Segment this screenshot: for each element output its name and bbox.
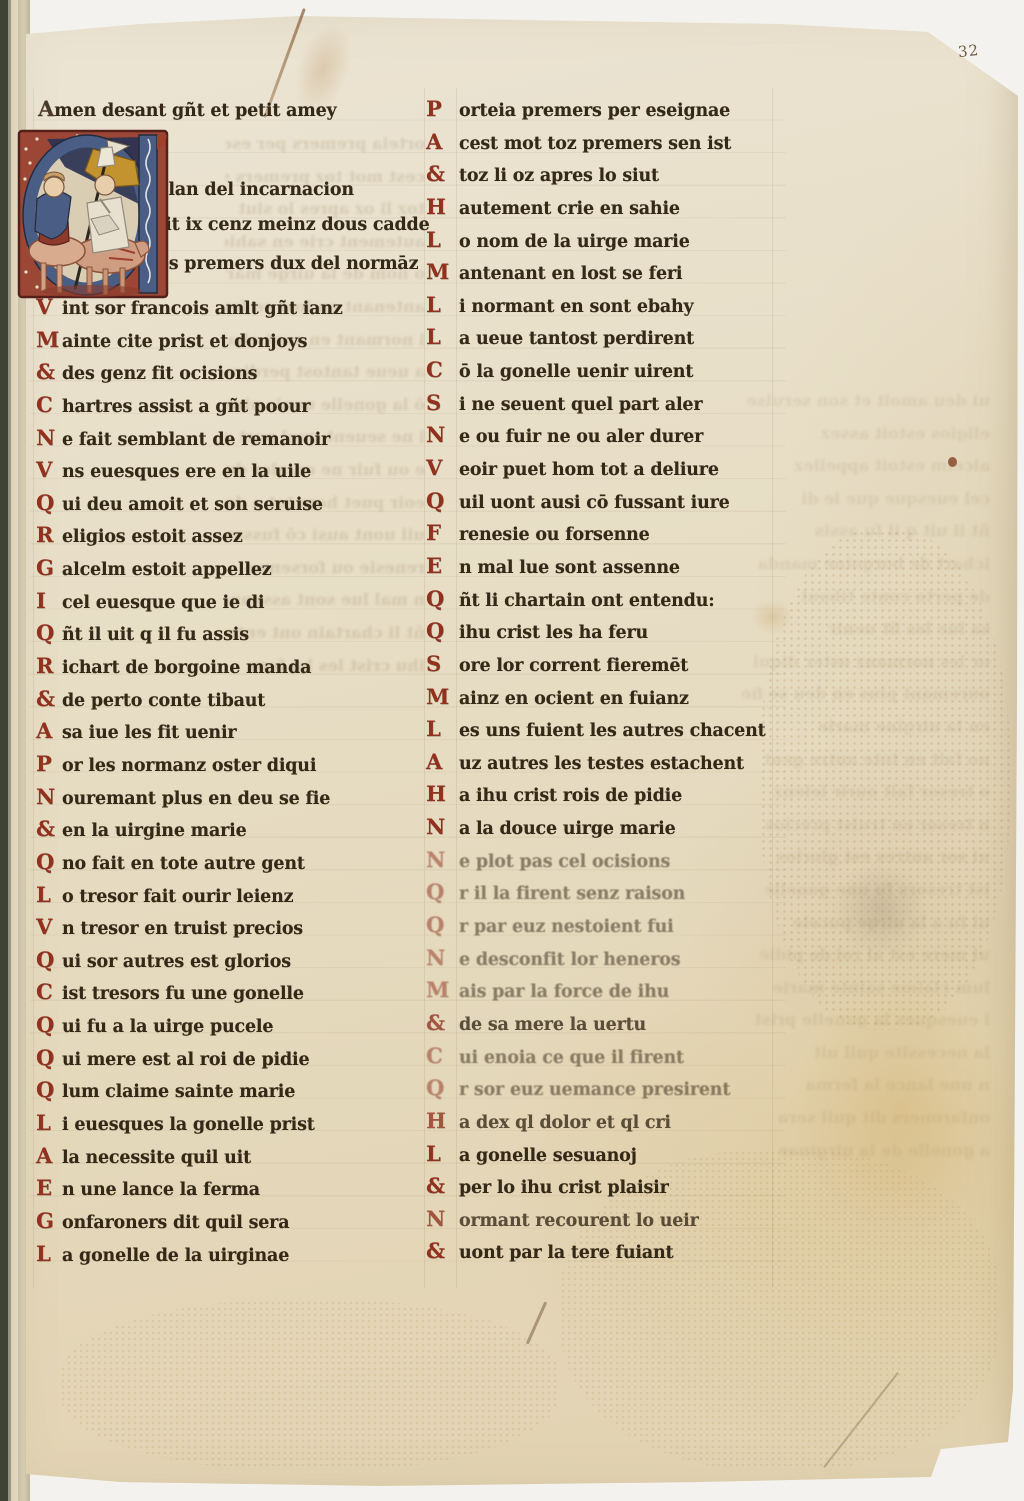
verse-line: A men desant gñt et petit amey xyxy=(38,96,337,129)
verse-line: & toz li oz apres lo siut xyxy=(426,161,986,194)
line-text: ō la gonelle uenir uirent xyxy=(459,362,693,382)
line-initial: Q xyxy=(36,1045,62,1070)
verse-line: Q ui fu a la uirge pucele xyxy=(36,1012,428,1045)
line-initial: Q xyxy=(426,618,459,643)
line-initial: S xyxy=(426,390,459,415)
verse-line: A uz autres les testes estachent xyxy=(426,749,986,782)
verse-line: Q ui sor autres est glorios xyxy=(36,947,428,980)
line-initial: & xyxy=(36,686,62,711)
verse-line: A sa iue les fit uenir xyxy=(36,718,428,751)
verse-line: & uont par la tere fuiant xyxy=(426,1238,986,1271)
line-text: sa iue les fit uenir xyxy=(62,723,236,743)
verse-line: Q uil uont ausi cō fussant iure xyxy=(426,488,986,521)
verse-line: & des genz fit ocisions xyxy=(36,359,428,392)
folio-number: 32 xyxy=(957,41,980,61)
verse-line: L a gonelle de la uirginae xyxy=(36,1241,428,1274)
line-text: cel euesque que ie di xyxy=(62,593,264,613)
verse-line: L o tresor fait ourir leienz xyxy=(36,882,428,915)
line-text: onfaroners dit quil sera xyxy=(62,1213,289,1233)
illuminated-initial-miniature xyxy=(17,127,169,301)
verse-line: L a ueue tantost perdirent xyxy=(426,324,986,357)
line-text: toz li oz apres lo siut xyxy=(459,166,659,186)
verse-line: V n tresor en truist precios xyxy=(36,914,428,947)
line-initial: M xyxy=(36,327,62,352)
verse-line: R eligios estoit assez xyxy=(36,522,428,555)
line-initial: C xyxy=(426,1043,459,1068)
verse-line: I cel euesque que ie di xyxy=(36,588,428,621)
verse-line: & en la uirgine marie xyxy=(36,816,428,849)
line-text: ñt il uit q il fu assis xyxy=(62,625,249,645)
line-initial: & xyxy=(36,359,62,384)
line-initial: A xyxy=(38,96,54,121)
line-initial: Q xyxy=(426,586,459,611)
verse-line: Q r il la firent senz raison xyxy=(426,879,986,912)
verse-line: N e plot pas cel ocisions xyxy=(426,847,986,880)
line-text: olles premers dux del normāz xyxy=(133,254,418,274)
line-initial: N xyxy=(36,784,62,809)
verse-line: C ui enoia ce que il firent xyxy=(426,1043,986,1076)
line-initial: A xyxy=(426,129,459,154)
verse-line: Q ñt li chartain ont entendu: xyxy=(426,586,986,619)
line-text: a la douce uirge marie xyxy=(459,819,676,839)
verse-line: V eoir puet hom tot a deliure xyxy=(426,455,986,488)
line-text: ui sor autres est glorios xyxy=(62,952,291,972)
line-initial: & xyxy=(426,1010,459,1035)
line-initial: N xyxy=(426,945,459,970)
line-text: antenant en lost se feri xyxy=(459,264,682,284)
line-initial: Q xyxy=(426,488,459,513)
verse-line: L i normant en sont ebahy xyxy=(426,292,986,325)
verse-line: Q lum claime sainte marie xyxy=(36,1077,428,1110)
line-initial: N xyxy=(426,422,459,447)
line-initial: G xyxy=(36,555,62,580)
line-text: men desant gñt et petit amey xyxy=(54,101,336,121)
line-initial: C xyxy=(36,392,62,417)
line-initial: P xyxy=(36,751,62,776)
line-initial: L xyxy=(426,1141,459,1166)
line-text: ui fu a la uirge pucele xyxy=(62,1017,273,1037)
line-initial: M xyxy=(426,259,459,284)
line-text: la necessite quil uit xyxy=(62,1148,251,1168)
verse-line: F renesie ou forsenne xyxy=(426,520,986,553)
line-text: ainz en ocient en fuianz xyxy=(459,689,689,709)
line-text: ns euesques ere en la uile xyxy=(62,462,311,482)
line-text: r il la firent senz raison xyxy=(459,884,685,904)
line-initial: & xyxy=(426,161,459,186)
manuscript-photo: { "folio": { "number": "32" }, "colors":… xyxy=(0,0,1024,1501)
verse-line: S ore lor corrent fieremēt xyxy=(426,651,986,684)
line-initial: M xyxy=(426,977,459,1002)
line-initial: L xyxy=(426,227,459,252)
line-text: ui enoia ce que il firent xyxy=(459,1048,684,1068)
right-column: P orteia premers per eseignae A cest mot… xyxy=(426,96,986,1271)
verse-line: & per lo ihu crist plaisir xyxy=(426,1173,986,1206)
verse-line: M antenant en lost se feri xyxy=(426,259,986,292)
verse-line: Q r par euz nestoient fui xyxy=(426,912,986,945)
line-initial: L xyxy=(36,882,62,907)
verse-line: M ainte cite prist et donjoys xyxy=(36,327,428,360)
line-text: ore lor corrent fieremēt xyxy=(459,656,688,676)
line-text: r sor euz uemance presirent xyxy=(459,1080,730,1100)
verse-line: C hartres assist a gñt poour xyxy=(36,392,428,425)
line-text: n mal lue sont assenne xyxy=(459,558,680,578)
line-initial: N xyxy=(426,814,459,839)
line-text: or les normanz oster diqui xyxy=(62,756,316,776)
verse-line: C ist tresors fu une gonelle xyxy=(36,979,428,1012)
verse-line: N e fait semblant de remanoir xyxy=(36,425,428,458)
verse-line: Q ui deu amoit et son seruise xyxy=(36,490,428,523)
line-initial: Q xyxy=(36,849,62,874)
line-text: ui mere est al roi de pidie xyxy=(62,1050,309,1070)
line-initial: V xyxy=(426,455,459,480)
line-text: hartres assist a gñt poour xyxy=(62,397,310,417)
verse-line: H a ihu crist rois de pidie xyxy=(426,781,986,814)
line-initial: Q xyxy=(36,620,62,645)
line-initial: N xyxy=(426,1206,459,1231)
line-text: uz autres les testes estachent xyxy=(459,754,744,774)
verse-line: L o nom de la uirge marie xyxy=(426,227,986,260)
line-initial: N xyxy=(36,425,62,450)
line-initial: Q xyxy=(36,1077,62,1102)
line-text: a dex ql dolor et ql cri xyxy=(459,1113,671,1133)
line-text: de perto conte tibaut xyxy=(62,691,265,711)
line-text: e fait semblant de remanoir xyxy=(62,430,330,450)
verse-line: Q ihu crist les ha feru xyxy=(426,618,986,651)
line-initial: S xyxy=(426,651,459,676)
line-text: des genz fit ocisions xyxy=(62,364,257,384)
line-text: a ihu crist rois de pidie xyxy=(459,786,682,806)
line-text: ormant recourent lo ueir xyxy=(459,1211,699,1231)
line-text: ist tresors fu une gonelle xyxy=(62,984,304,1004)
line-text: ihu crist les ha feru xyxy=(459,623,648,643)
line-initial: A xyxy=(426,749,459,774)
verse-line: P orteia premers per eseignae xyxy=(426,96,986,129)
line-text: ais par la force de ihu xyxy=(459,982,669,1002)
line-text: e ou fuir ne ou aler durer xyxy=(459,427,703,447)
line-text: o tresor fait ourir leienz xyxy=(62,887,293,907)
line-text: ainte cite prist et donjoys xyxy=(62,332,307,352)
verse-line: H autement crie en sahie xyxy=(426,194,986,227)
line-text: alcelm estoit appellez xyxy=(62,560,272,580)
line-initial: A xyxy=(36,718,62,743)
verse-line: N e ou fuir ne ou aler durer xyxy=(426,422,986,455)
verse-line: M ais par la force de ihu xyxy=(426,977,986,1010)
line-initial: Q xyxy=(426,879,459,904)
line-initial: I xyxy=(36,588,62,613)
line-initial: Q xyxy=(36,490,62,515)
line-initial: H xyxy=(426,194,459,219)
line-initial: H xyxy=(426,781,459,806)
verse-line: M ainz en ocient en fuianz xyxy=(426,684,986,717)
line-text: ui deu amoit et son seruise xyxy=(62,495,323,515)
verse-line: C ō la gonelle uenir uirent xyxy=(426,357,986,390)
line-text: eoir puet hom tot a deliure xyxy=(459,460,719,480)
line-initial: M xyxy=(426,684,459,709)
line-text: n tresor en truist precios xyxy=(62,919,303,939)
line-text: auoit ix cenz meinz dous cadde xyxy=(130,215,430,235)
line-text: i normant en sont ebahy xyxy=(459,297,694,317)
verse-line: G onfaroners dit quil sera xyxy=(36,1208,428,1241)
line-text: orteia premers per eseignae xyxy=(459,101,730,121)
verse-line: V ns euesques ere en la uile xyxy=(36,457,428,490)
line-text: r par euz nestoient fui xyxy=(459,917,674,937)
line-text: n une lance la ferma xyxy=(62,1180,260,1200)
miniature-blue-letter-stem xyxy=(139,135,157,293)
miniature-ground-shadow xyxy=(42,285,142,297)
verse-line: H a dex ql dolor et ql cri xyxy=(426,1108,986,1141)
line-initial: E xyxy=(36,1175,62,1200)
line-text: renesie ou forsenne xyxy=(459,525,650,545)
verse-line: A cest mot toz premers sen ist xyxy=(426,129,986,162)
line-initial: L xyxy=(426,324,459,349)
line-text: uil uont ausi cō fussant iure xyxy=(459,493,730,513)
left-column: V int sor francois amlt gñt ianz M ainte… xyxy=(36,294,428,1273)
line-text: ichart de borgoine manda xyxy=(62,658,311,678)
verse-line: Q r sor euz uemance presirent xyxy=(426,1075,986,1108)
verse-line: N e desconfit lor heneros xyxy=(426,945,986,978)
parchment-follicle-texture xyxy=(60,1300,560,1470)
line-text: e plot pas cel ocisions xyxy=(459,852,670,872)
line-initial: L xyxy=(426,716,459,741)
line-initial: R xyxy=(36,522,62,547)
line-text: lum claime sainte marie xyxy=(62,1082,295,1102)
line-initial: F xyxy=(426,520,459,545)
verse-line: & de sa mere la uertu xyxy=(426,1010,986,1043)
verse-line: E n mal lue sont assenne xyxy=(426,553,986,586)
verse-line: A la necessite quil uit xyxy=(36,1143,428,1176)
verse-line: Q ñt il uit q il fu assis xyxy=(36,620,428,653)
line-initial: & xyxy=(426,1173,459,1198)
line-initial: L xyxy=(426,292,459,317)
line-text: de sa mere la uertu xyxy=(459,1015,646,1035)
verse-line: N a la douce uirge marie xyxy=(426,814,986,847)
line-text: int sor francois amlt gñt ianz xyxy=(62,299,343,319)
line-initial: N xyxy=(426,847,459,872)
verse-line: E n une lance la ferma xyxy=(36,1175,428,1208)
line-initial: R xyxy=(36,653,62,678)
verse-line: L es uns fuient les autres chacent xyxy=(426,716,986,749)
line-initial: Q xyxy=(426,1075,459,1100)
line-initial: & xyxy=(36,816,62,841)
line-text: es uns fuient les autres chacent xyxy=(459,721,766,741)
line-text: a gonelle sesuanoj xyxy=(459,1146,637,1166)
line-text: no fait en tote autre gent xyxy=(62,854,305,874)
line-text: per lo ihu crist plaisir xyxy=(459,1178,669,1198)
line-initial: V xyxy=(36,457,62,482)
line-initial: A xyxy=(36,1143,62,1168)
line-text: ouremant plus en deu se fie xyxy=(62,789,330,809)
verse-line: Q no fait en tote autre gent xyxy=(36,849,428,882)
verse-line: N ormant recourent lo ueir xyxy=(426,1206,986,1239)
line-text: uont par la tere fuiant xyxy=(459,1243,673,1263)
line-text: n lan del incarnacion xyxy=(150,180,354,200)
line-initial: P xyxy=(426,96,459,121)
line-initial: L xyxy=(36,1241,62,1266)
verse-line: L i euesques la gonelle prist xyxy=(36,1110,428,1143)
verse-line: N ouremant plus en deu se fie xyxy=(36,784,428,817)
line-initial: L xyxy=(36,1110,62,1135)
line-initial: C xyxy=(36,979,62,1004)
line-initial: V xyxy=(36,914,62,939)
verse-line: G alcelm estoit appellez xyxy=(36,555,428,588)
line-initial: E xyxy=(426,553,459,578)
line-initial: H xyxy=(426,1108,459,1133)
line-text: ñt li chartain ont entendu: xyxy=(459,591,715,611)
line-initial: Q xyxy=(36,1012,62,1037)
line-text: i euesques la gonelle prist xyxy=(62,1115,315,1135)
line-initial: Q xyxy=(36,947,62,972)
line-text: autement crie en sahie xyxy=(459,199,680,219)
line-text: cest mot toz premers sen ist xyxy=(459,134,731,154)
header-verse-line: A men desant gñt et petit amey xyxy=(38,96,337,129)
verse-line: P or les normanz oster diqui xyxy=(36,751,428,784)
verse-line: Q ui mere est al roi de pidie xyxy=(36,1045,428,1078)
line-initial: G xyxy=(36,1208,62,1233)
line-text: i ne seuent quel part aler xyxy=(459,395,702,415)
line-initial: & xyxy=(426,1238,459,1263)
line-text: eligios estoit assez xyxy=(62,527,243,547)
verse-line: & de perto conte tibaut xyxy=(36,686,428,719)
verse-line: R ichart de borgoine manda xyxy=(36,653,428,686)
line-initial: C xyxy=(426,357,459,382)
verse-line: S i ne seuent quel part aler xyxy=(426,390,986,423)
line-initial: Q xyxy=(426,912,459,937)
line-text: e desconfit lor heneros xyxy=(459,950,680,970)
line-text: a ueue tantost perdirent xyxy=(459,329,694,349)
line-text: o nom de la uirge marie xyxy=(459,232,690,252)
line-text: en la uirgine marie xyxy=(62,821,247,841)
line-text: a gonelle de la uirginae xyxy=(62,1246,289,1266)
verse-line: L a gonelle sesuanoj xyxy=(426,1141,986,1174)
